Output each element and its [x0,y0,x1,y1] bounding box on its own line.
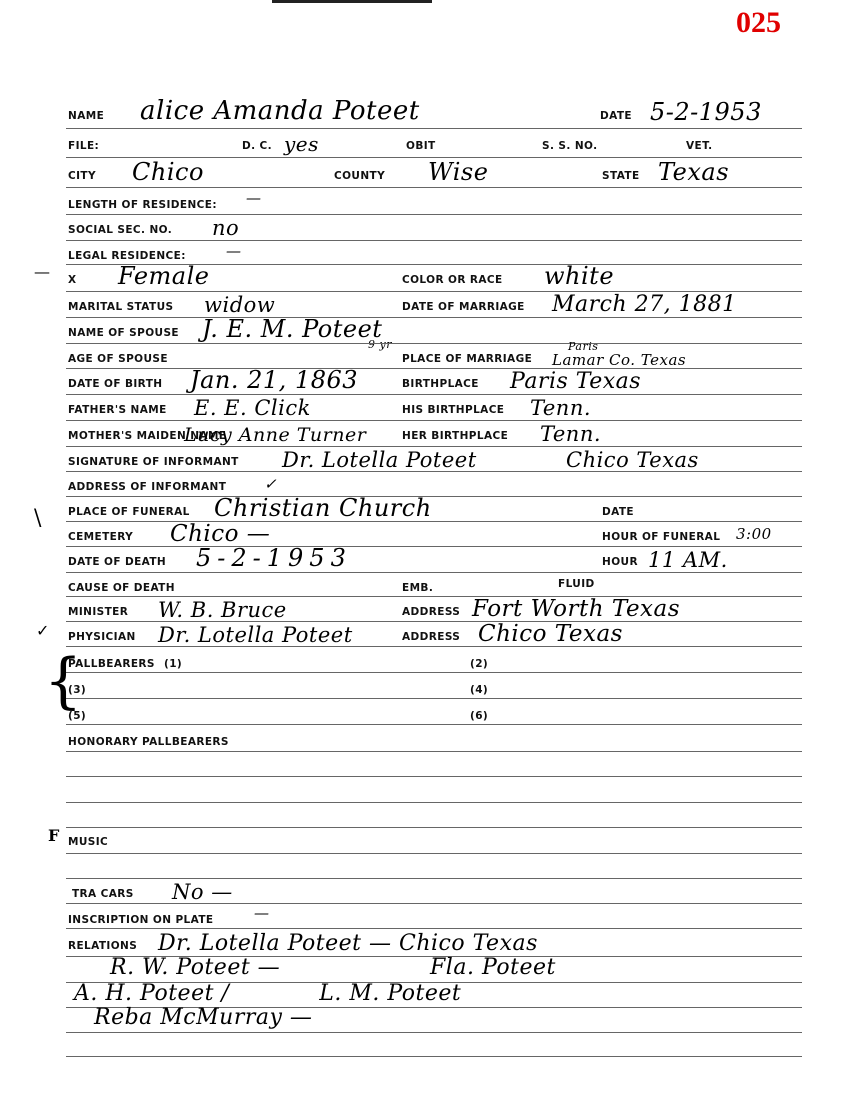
rule [66,1056,802,1057]
city-value[interactable]: Chico [132,158,204,186]
date-label: DATE [600,110,632,122]
place-of-funeral-value[interactable]: Christian Church [214,494,432,522]
rule [66,724,802,725]
name-value[interactable]: alice Amanda Poteet [140,96,420,126]
rule [66,698,802,699]
state-value[interactable]: Texas [658,158,729,186]
dc-value[interactable]: yes [284,132,319,156]
row-file: FILE: D. C. yes OBIT S. S. NO. VET. [66,130,802,156]
her-birthplace-label: HER BIRTHPLACE [402,430,508,442]
inscription-on-plate-label: INSCRIPTION ON PLATE [68,914,214,926]
mothers-maiden-name-value[interactable]: Lucy Anne Turner [184,424,366,446]
margin-slash-mark: \ [34,506,41,531]
row-relations-3: A. H. Poteet / L. M. Poteet [66,980,802,1006]
row-age-of-spouse: AGE OF SPOUSE PLACE OF MARRIAGE Paris La… [66,343,802,369]
county-label: COUNTY [334,170,385,182]
physician-label: PHYSICIAN [68,631,136,643]
date-value[interactable]: 5-2-1953 [650,98,762,126]
cause-of-death-label: CAUSE OF DEATH [68,582,175,594]
place-of-funeral-label: PLACE OF FUNERAL [68,506,190,518]
obit-label: OBIT [406,140,436,152]
row-extra-cars: TRA CARS No — [66,878,802,904]
row-pallbearers-3-4: (3) (4) [66,674,802,700]
pallbearers-label: PALLBEARERS [68,658,155,670]
pallbearer-slot-3[interactable]: (3) [68,684,86,696]
margin-check-mark: ✓ [36,621,49,640]
row-honorary-pallbearers: HONORARY PALLBEARERS [66,726,802,752]
name-of-spouse-label: NAME OF SPOUSE [68,327,179,339]
relations-line-2[interactable]: R. W. Poteet — Fla. Poteet [110,955,556,980]
margin-f-mark: F [48,826,59,845]
extra-cars-value[interactable]: No — [172,880,233,904]
row-length-of-residence: LENGTH OF RESIDENCE: — [66,189,802,215]
row-cemetery: CEMETERY Chico — HOUR OF FUNERAL 3:00 [66,521,802,547]
row-relations-4: Reba McMurray — [66,1004,802,1030]
hour-of-funeral-label: HOUR OF FUNERAL [602,531,720,543]
cemetery-label: CEMETERY [68,531,133,543]
pallbearer-slot-6[interactable]: (6) [470,710,488,722]
signature-of-informant-location[interactable]: Chico Texas [566,448,699,472]
rule [66,751,802,752]
age-of-spouse-label: AGE OF SPOUSE [68,353,168,365]
funeral-record-form: NAME alice Amanda Poteet DATE 5-2-1953 F… [0,0,850,1100]
address-of-informant-value[interactable]: ✓ [264,475,277,493]
relations-line-3[interactable]: A. H. Poteet / L. M. Poteet [74,981,461,1006]
margin-dash-mark: — [34,262,50,281]
extra-cars-label: TRA CARS [72,888,134,900]
relations-line-4[interactable]: Reba McMurray — [94,1005,312,1030]
row-date-of-birth: DATE OF BIRTH Jan. 21, 1863 BIRTHPLACE P… [66,368,802,394]
date-of-marriage-value[interactable]: March 27, 1881 [552,292,737,317]
pallbearer-slot-2[interactable]: (2) [470,658,488,670]
row-inscription-on-plate: INSCRIPTION ON PLATE — [66,904,802,930]
dc-label: D. C. [242,140,272,152]
pallbearer-slot-4[interactable]: (4) [470,684,488,696]
signature-of-informant-label: SIGNATURE OF INFORMANT [68,456,239,468]
color-or-race-label: COLOR OR RACE [402,274,503,286]
rule [66,928,802,929]
hour-value[interactable]: 11 AM. [648,548,728,572]
row-music: MUSIC [66,826,802,852]
color-or-race-value[interactable]: white [544,262,614,290]
row-pallbearers-5-6: (5) (6) [66,700,802,726]
marital-status-label: MARITAL STATUS [68,301,173,313]
legal-residence-value[interactable]: — [226,242,242,260]
city-label: CITY [68,170,96,182]
funeral-date-label: DATE [602,506,634,518]
place-of-marriage-value[interactable]: Lamar Co. Texas [552,351,686,369]
row-name: NAME alice Amanda Poteet DATE 5-2-1953 [66,100,802,126]
row-social-sec-no: SOCIAL SEC. NO. no [66,214,802,240]
fathers-name-label: FATHER'S NAME [68,404,167,416]
rule [66,776,802,777]
his-birthplace-label: HIS BIRTHPLACE [402,404,504,416]
minister-address-label: ADDRESS [402,606,460,618]
date-of-death-label: DATE OF DEATH [68,556,166,568]
row-date-of-death: DATE OF DEATH 5-2-1953 HOUR 11 AM. [66,546,802,572]
minister-label: MINISTER [68,606,128,618]
birthplace-value[interactable]: Paris Texas [510,369,641,394]
pallbearer-slot-5[interactable]: (5) [68,710,86,722]
sex-label: X [68,274,77,286]
rule [66,128,802,129]
date-of-death-value[interactable]: 5-2-1953 [196,544,352,572]
ss-no-label: S. S. NO. [542,140,598,152]
minister-value[interactable]: W. B. Bruce [158,598,287,622]
relations-label: RELATIONS [68,940,137,952]
physician-address-value[interactable]: Chico Texas [478,621,623,647]
physician-address-label: ADDRESS [402,631,460,643]
inscription-on-plate-value[interactable]: — [254,904,270,922]
rule [66,1032,802,1033]
birthplace-label: BIRTHPLACE [402,378,479,390]
place-of-marriage-label: PLACE OF MARRIAGE [402,353,532,365]
length-of-residence-value[interactable]: — [246,189,262,207]
row-mothers-maiden-name: MOTHER'S MAIDEN NAME Lucy Anne Turner HE… [66,420,802,446]
social-sec-no-label: SOCIAL SEC. NO. [68,224,172,236]
row-city: CITY Chico COUNTY Wise STATE Texas [66,160,802,186]
row-signature-of-informant: SIGNATURE OF INFORMANT Dr. Lotella Potee… [66,446,802,472]
emb-label: EMB. [402,582,433,594]
hour-of-funeral-value[interactable]: 3:00 [736,525,772,543]
name-label: NAME [68,110,104,122]
name-of-spouse-value[interactable]: J. E. M. Poteet [202,315,382,343]
row-minister: MINISTER W. B. Bruce ADDRESS Fort Worth … [66,596,802,622]
row-name-of-spouse: NAME OF SPOUSE J. E. M. Poteet 9 yr [66,317,802,343]
date-of-marriage-label: DATE OF MARRIAGE [402,301,525,313]
row-marital-status: MARITAL STATUS widow DATE OF MARRIAGE Ma… [66,291,802,317]
pallbearer-slot-1[interactable]: (1) [164,658,182,670]
row-address-of-informant: ADDRESS OF INFORMANT ✓ [66,471,802,497]
length-of-residence-label: LENGTH OF RESIDENCE: [68,199,217,211]
row-fathers-name: FATHER'S NAME E. E. Click HIS BIRTHPLACE… [66,394,802,420]
rule [66,672,802,673]
date-of-birth-label: DATE OF BIRTH [68,378,162,390]
hour-label: HOUR [602,556,638,568]
marital-status-value[interactable]: widow [204,293,275,317]
state-label: STATE [602,170,640,182]
address-of-informant-label: ADDRESS OF INFORMANT [68,481,226,493]
date-of-birth-value[interactable]: Jan. 21, 1863 [190,366,358,394]
honorary-pallbearers-label: HONORARY PALLBEARERS [68,736,229,748]
relations-line-1[interactable]: Dr. Lotella Poteet — Chico Texas [158,931,538,956]
music-label: MUSIC [68,836,108,848]
sex-value[interactable]: Female [118,262,210,290]
county-value[interactable]: Wise [428,158,488,186]
his-birthplace-value[interactable]: Tenn. [530,396,591,420]
row-place-of-funeral: PLACE OF FUNERAL Christian Church DATE [66,496,802,522]
row-relations: RELATIONS Dr. Lotella Poteet — Chico Tex… [66,930,802,956]
her-birthplace-value[interactable]: Tenn. [540,422,601,446]
legal-residence-label: LEGAL RESIDENCE: [68,250,186,262]
signature-of-informant-value[interactable]: Dr. Lotella Poteet [282,448,477,472]
row-relations-2: R. W. Poteet — Fla. Poteet [66,954,802,980]
rule [66,646,802,647]
fathers-name-value[interactable]: E. E. Click [194,396,311,420]
rule [66,187,802,188]
row-pallbearers-1-2: PALLBEARERS (1) (2) [66,648,802,674]
row-cause-of-death: CAUSE OF DEATH EMB. FLUID [66,572,802,598]
fluid-label: FLUID [558,578,595,590]
file-label: FILE: [68,140,99,152]
row-physician: PHYSICIAN Dr. Lotella Poteet ADDRESS Chi… [66,621,802,647]
rule [66,853,802,854]
physician-value[interactable]: Dr. Lotella Poteet [158,623,353,647]
social-sec-no-value[interactable]: no [212,216,239,240]
minister-address-value[interactable]: Fort Worth Texas [472,596,680,622]
vet-label: VET. [686,140,712,152]
rule [66,802,802,803]
row-sex: X Female COLOR OR RACE white [66,264,802,290]
